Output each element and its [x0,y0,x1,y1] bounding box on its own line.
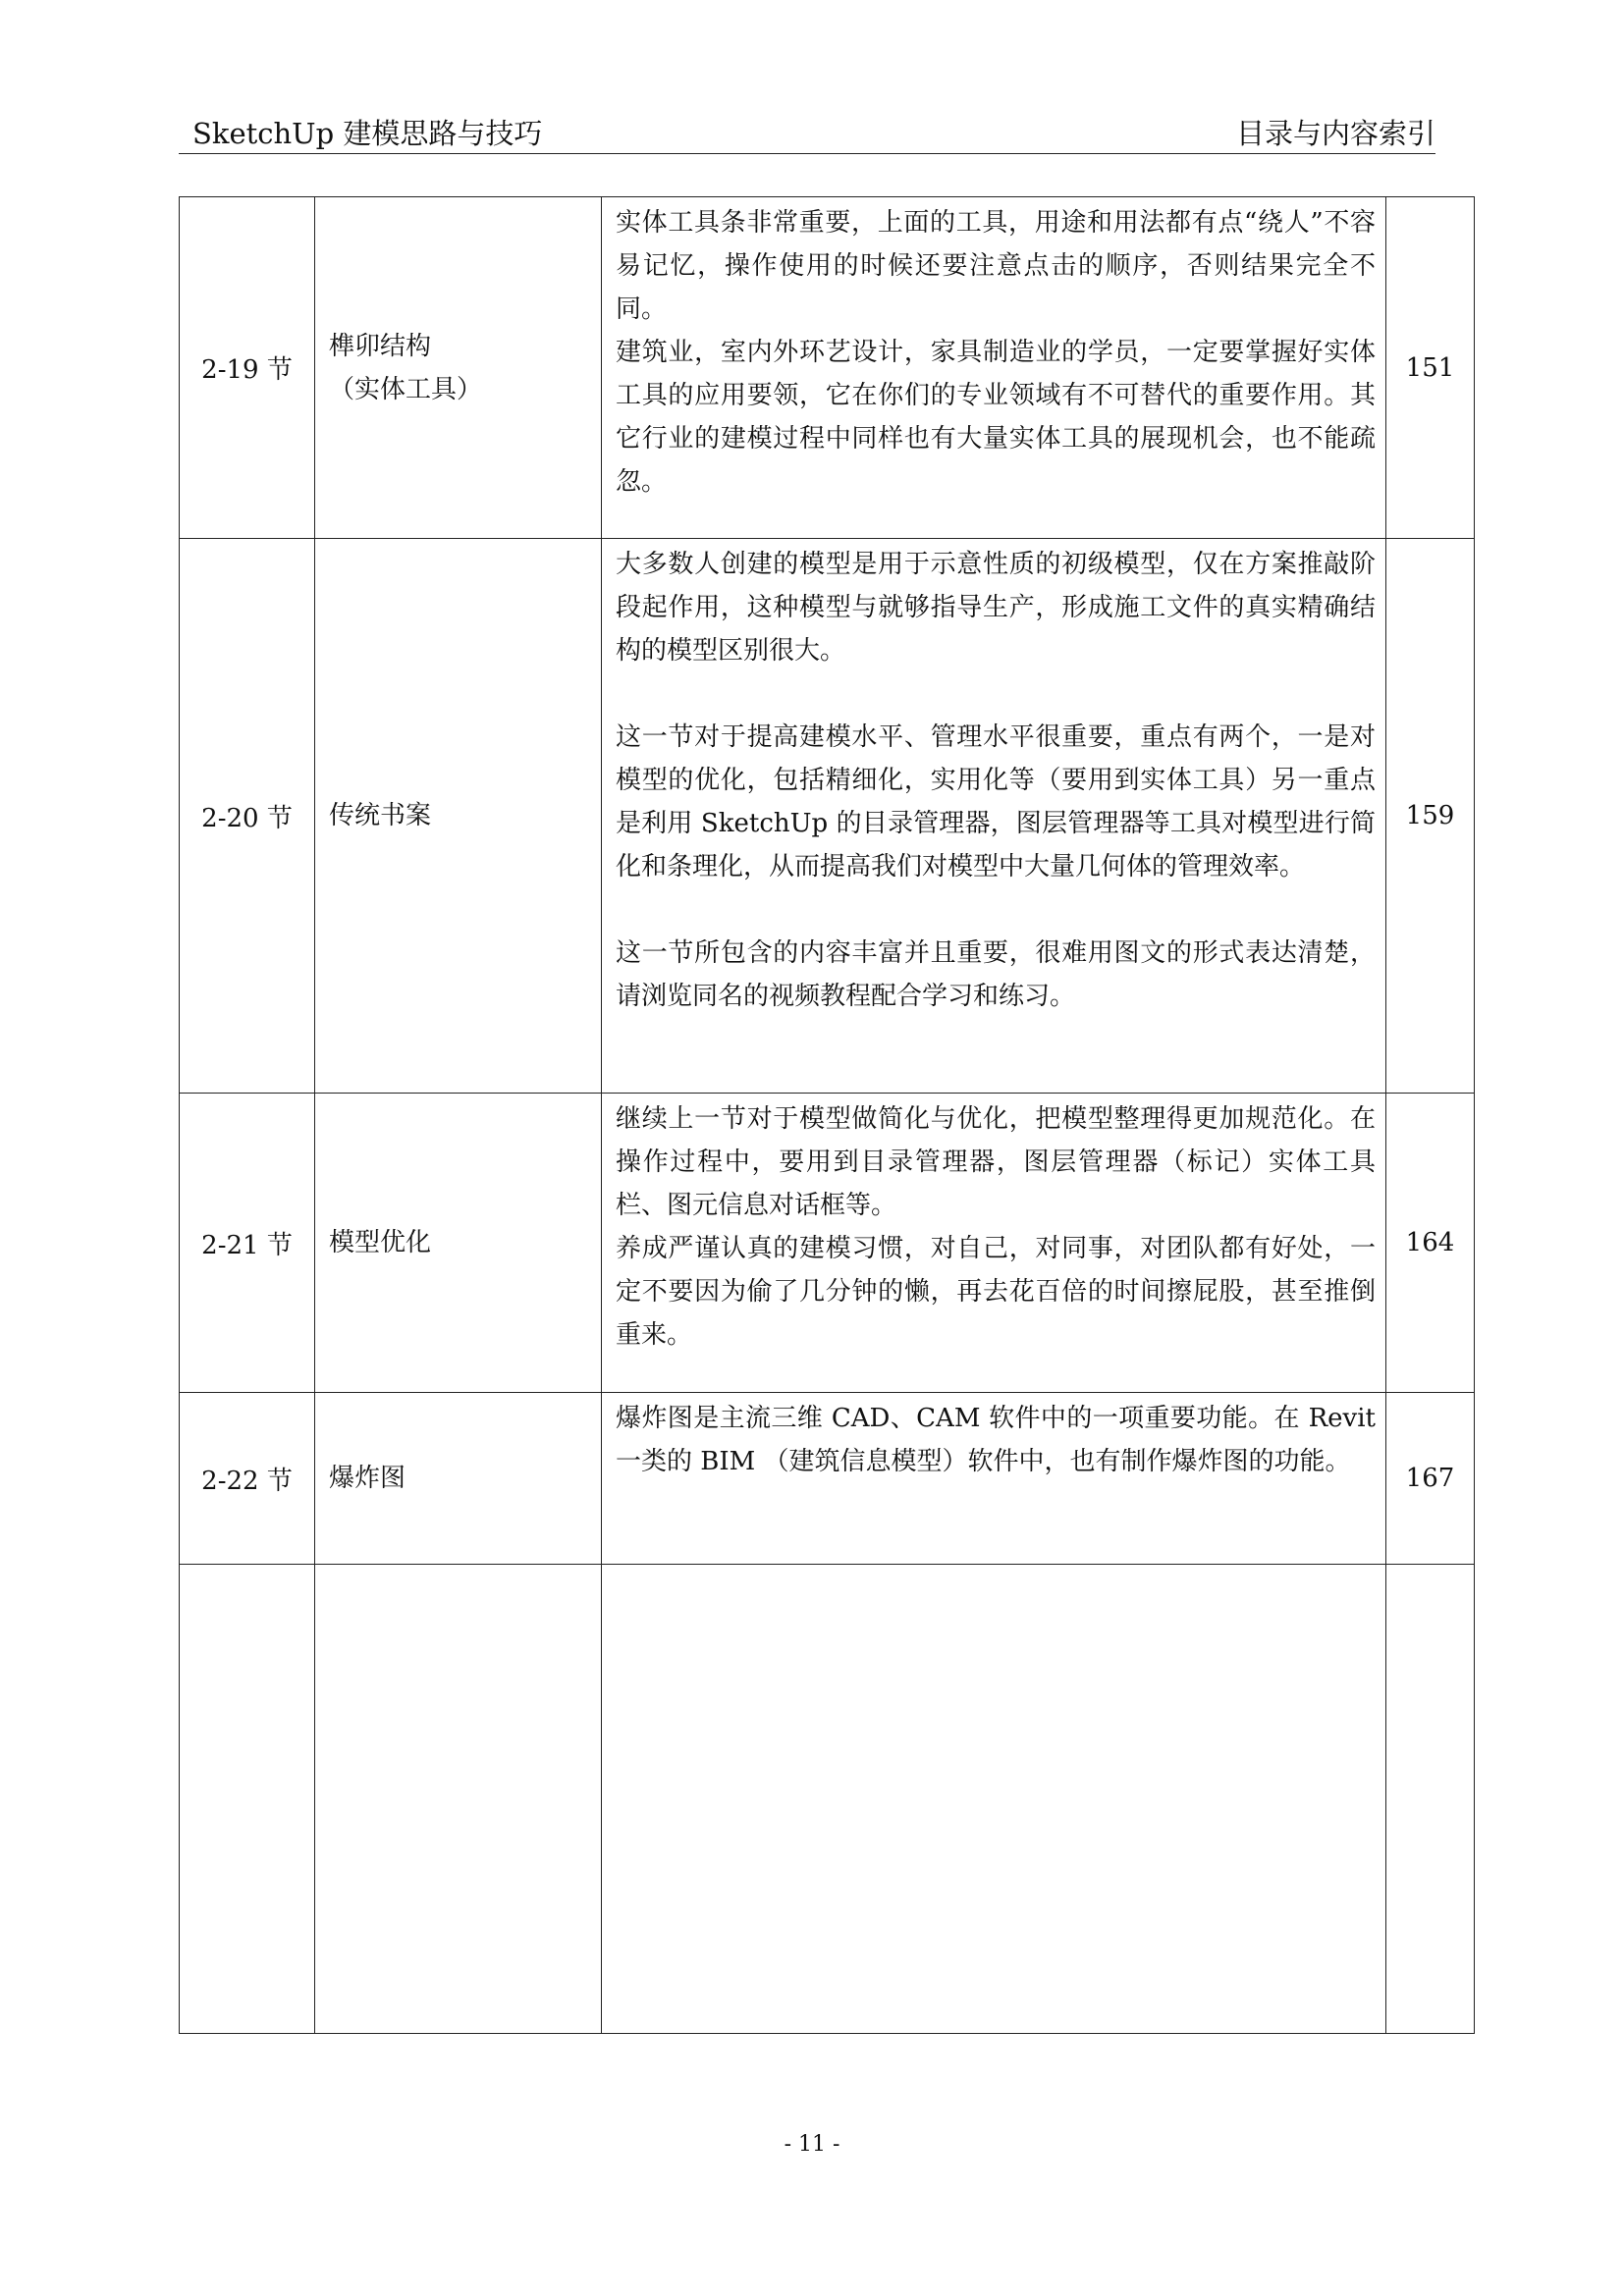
section-title-line: 模型优化 [329,1221,601,1264]
section-number [180,1565,315,2034]
section-title-cell [315,1565,602,2034]
section-number: 2-19 节 [180,197,315,539]
section-title-line: 传统书案 [329,794,601,837]
description-paragraph: 实体工具条非常重要，上面的工具，用途和用法都有点“绕人”不容易记忆，操作使用的时… [616,201,1376,331]
page-number-cell: 151 [1386,197,1475,539]
table-row: 2-22 节 爆炸图 爆炸图是主流三维 CAD、CAM 软件中的一项重要功能。在… [180,1393,1475,1565]
description-paragraph: 这一节对于提高建模水平、管理水平很重要，重点有两个，一是对模型的优化，包括精细化… [616,716,1376,888]
page-number-cell [1386,1565,1475,2034]
page-number: - 11 - [785,2132,840,2157]
section-title-line: 榫卯结构 [329,325,601,368]
section-description: 实体工具条非常重要，上面的工具，用途和用法都有点“绕人”不容易记忆，操作使用的时… [602,197,1386,539]
description-paragraph: 爆炸图是主流三维 CAD、CAM 软件中的一项重要功能。在 Revit 一类的 … [616,1397,1376,1483]
section-title-line: （实体工具） [329,368,601,411]
section-description [602,1565,1386,2034]
page-footer: - 11 - [0,2132,1624,2157]
table-row-empty [180,1565,1475,2034]
table-row: 2-20 节 传统书案 大多数人创建的模型是用于示意性质的初级模型，仅在方案推敲… [180,539,1475,1094]
section-number: 2-20 节 [180,539,315,1094]
page-number-cell: 164 [1386,1094,1475,1393]
book-title: SketchUp 建模思路与技巧 [192,118,542,149]
page-header: SketchUp 建模思路与技巧 目录与内容索引 [179,116,1435,154]
toc-table: 2-19 节 榫卯结构 （实体工具） 实体工具条非常重要，上面的工具，用途和用法… [179,196,1475,2034]
section-description: 继续上一节对于模型做简化与优化，把模型整理得更加规范化。在操作过程中，要用到目录… [602,1094,1386,1393]
description-paragraph: 大多数人创建的模型是用于示意性质的初级模型，仅在方案推敲阶段起作用，这种模型与就… [616,543,1376,672]
section-title-cell: 传统书案 [315,539,602,1094]
page-number-cell: 167 [1386,1393,1475,1565]
section-number: 2-21 节 [180,1094,315,1393]
section-title-line: 爆炸图 [329,1457,601,1500]
description-paragraph: 建筑业，室内外环艺设计，家具制造业的学员，一定要掌握好实体工具的应用要领，它在你… [616,331,1376,504]
section-title-cell: 爆炸图 [315,1393,602,1565]
section-description: 大多数人创建的模型是用于示意性质的初级模型，仅在方案推敲阶段起作用，这种模型与就… [602,539,1386,1094]
description-paragraph: 养成严谨认真的建模习惯，对自己，对同事，对团队都有好处，一定不要因为偷了几分钟的… [616,1227,1376,1357]
section-description: 爆炸图是主流三维 CAD、CAM 软件中的一项重要功能。在 Revit 一类的 … [602,1393,1386,1565]
page-number-cell: 159 [1386,539,1475,1094]
paragraph-gap [616,888,1376,932]
description-paragraph: 这一节所包含的内容丰富并且重要，很难用图文的形式表达清楚，请浏览同名的视频教程配… [616,932,1376,1018]
table-row: 2-21 节 模型优化 继续上一节对于模型做简化与优化，把模型整理得更加规范化。… [180,1094,1475,1393]
section-title-cell: 榫卯结构 （实体工具） [315,197,602,539]
section-title-cell: 模型优化 [315,1094,602,1393]
section-title: 目录与内容索引 [1236,118,1435,149]
section-number: 2-22 节 [180,1393,315,1565]
paragraph-gap [616,672,1376,716]
description-paragraph: 继续上一节对于模型做简化与优化，把模型整理得更加规范化。在操作过程中，要用到目录… [616,1097,1376,1227]
table-row: 2-19 节 榫卯结构 （实体工具） 实体工具条非常重要，上面的工具，用途和用法… [180,197,1475,539]
